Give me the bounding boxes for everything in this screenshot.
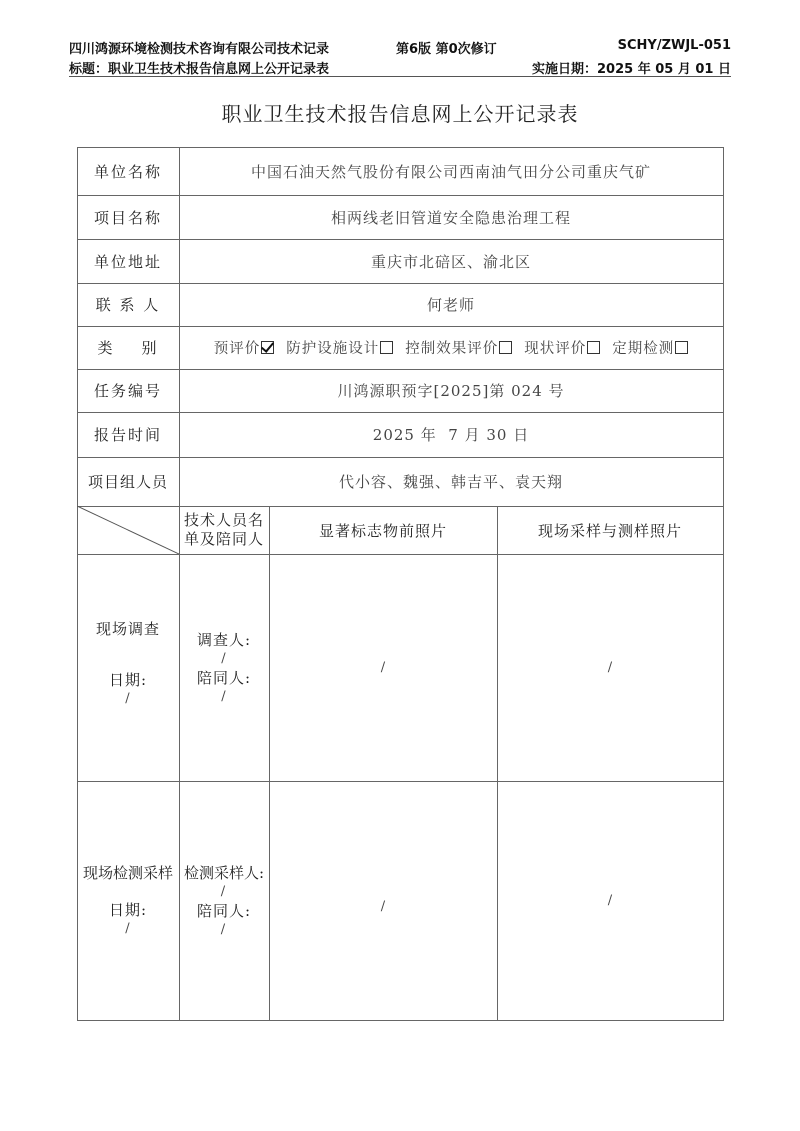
stage-label: 现场调查 <box>96 619 160 639</box>
effective-date: 实施日期：2025 年 05 月 01 日 <box>532 58 731 77</box>
sampling-stage-cell: 现场检测采样 日期: / <box>77 781 179 1020</box>
sampler-label: 检测采样人: <box>184 863 264 883</box>
company-name: 四川鸿源环境检测技术咨询有限公司技术记录 <box>69 38 329 57</box>
header-rule <box>69 76 731 77</box>
task-number-label: 任务编号 <box>77 369 179 412</box>
page-header-line1: 四川鸿源环境检测技术咨询有限公司技术记录 第6版 第0次修订 SCHY/ZWJL… <box>69 38 731 56</box>
version-label: 第6版 第0次修订 <box>396 38 497 57</box>
option-label: 现状评价 <box>524 341 586 357</box>
survey-landmark-photo: / <box>269 554 497 781</box>
project-name-value: 相两线老旧管道安全隐患治理工程 <box>179 195 723 239</box>
date-value: / <box>125 920 130 938</box>
date-label: 日期: <box>109 670 147 690</box>
header-line: 单及陪同人 <box>184 530 264 550</box>
project-members-value: 代小容、魏强、韩吉平、袁天翔 <box>179 457 723 506</box>
category-option-periodic-testing[interactable]: 定期检测 <box>612 337 688 358</box>
unit-name-label: 单位名称 <box>77 147 179 195</box>
page-title: 职业卫生技术报告信息网上公开记录表 <box>0 98 800 127</box>
checkbox-empty-icon[interactable] <box>587 341 600 354</box>
date-value: / <box>125 690 130 708</box>
sampling-staff-cell: 检测采样人: / 陪同人: / <box>179 781 269 1020</box>
header-line: 技术人员名 <box>184 511 264 531</box>
option-label: 预评价 <box>214 341 261 357</box>
report-time-label: 报告时间 <box>77 412 179 457</box>
grid-line <box>77 1020 724 1021</box>
category-option-pre-evaluation[interactable]: 预评价 <box>214 337 275 358</box>
unit-address-value: 重庆市北碚区、渝北区 <box>179 239 723 283</box>
category-label: 类 别 <box>77 326 179 369</box>
page-header-line2: 标题：职业卫生技术报告信息网上公开记录表 实施日期：2025 年 05 月 01… <box>69 58 731 76</box>
category-option-protection-design[interactable]: 防护设施设计 <box>286 337 393 358</box>
doc-code: SCHY/ZWJL-051 <box>618 38 731 53</box>
contact-label: 联 系 人 <box>77 283 179 326</box>
grid-line <box>723 147 724 1021</box>
contact-value: 何老师 <box>179 283 723 326</box>
category-option-status-evaluation[interactable]: 现状评价 <box>524 337 600 358</box>
checkbox-empty-icon[interactable] <box>499 341 512 354</box>
staff-column-header: 技术人员名 单及陪同人 <box>179 506 269 554</box>
option-label: 定期检测 <box>612 341 674 357</box>
investigator-value: / <box>221 650 226 668</box>
survey-stage-cell: 现场调查 日期: / <box>77 554 179 781</box>
escort-label: 陪同人: <box>197 901 251 921</box>
escort-value: / <box>221 688 226 706</box>
checkbox-checked-icon[interactable] <box>261 341 274 354</box>
checkbox-empty-icon[interactable] <box>380 341 393 354</box>
sampler-value: / <box>221 883 227 901</box>
sampling-sampling-photo: / <box>497 781 723 1020</box>
unit-name-value: 中国石油天然气股份有限公司西南油气田分公司重庆气矿 <box>179 147 723 195</box>
project-name-label: 项目名称 <box>77 195 179 239</box>
escort-label: 陪同人: <box>197 668 251 688</box>
project-members-label: 项目组人员 <box>77 457 179 506</box>
category-options: 预评价 防护设施设计 控制效果评价 现状评价 定期检测 <box>179 326 723 369</box>
survey-staff-cell: 调查人: / 陪同人: / <box>179 554 269 781</box>
task-number-value: 川鸿源职预字[2025]第 024 号 <box>179 369 723 412</box>
unit-address-label: 单位地址 <box>77 239 179 283</box>
option-label: 控制效果评价 <box>405 341 498 357</box>
doc-subject: 标题：职业卫生技术报告信息网上公开记录表 <box>69 58 329 77</box>
stage-label: 现场检测采样 <box>83 863 173 883</box>
escort-value: / <box>221 921 227 939</box>
record-table: 单位名称 中国石油天然气股份有限公司西南油气田分公司重庆气矿 项目名称 相两线老… <box>77 147 724 1021</box>
diagonal-divider <box>77 506 179 554</box>
category-option-control-effect[interactable]: 控制效果评价 <box>405 337 512 358</box>
investigator-label: 调查人: <box>197 630 251 650</box>
sampling-photo-header: 现场采样与测样照片 <box>497 506 723 554</box>
checkbox-empty-icon[interactable] <box>675 341 688 354</box>
date-label: 日期: <box>109 900 147 920</box>
option-label: 防护设施设计 <box>286 341 379 357</box>
survey-sampling-photo: / <box>497 554 723 781</box>
report-time-value: 2025 年 7 月 30 日 <box>179 412 723 457</box>
landmark-photo-header: 显著标志物前照片 <box>269 506 497 554</box>
sampling-landmark-photo: / <box>269 781 497 1020</box>
